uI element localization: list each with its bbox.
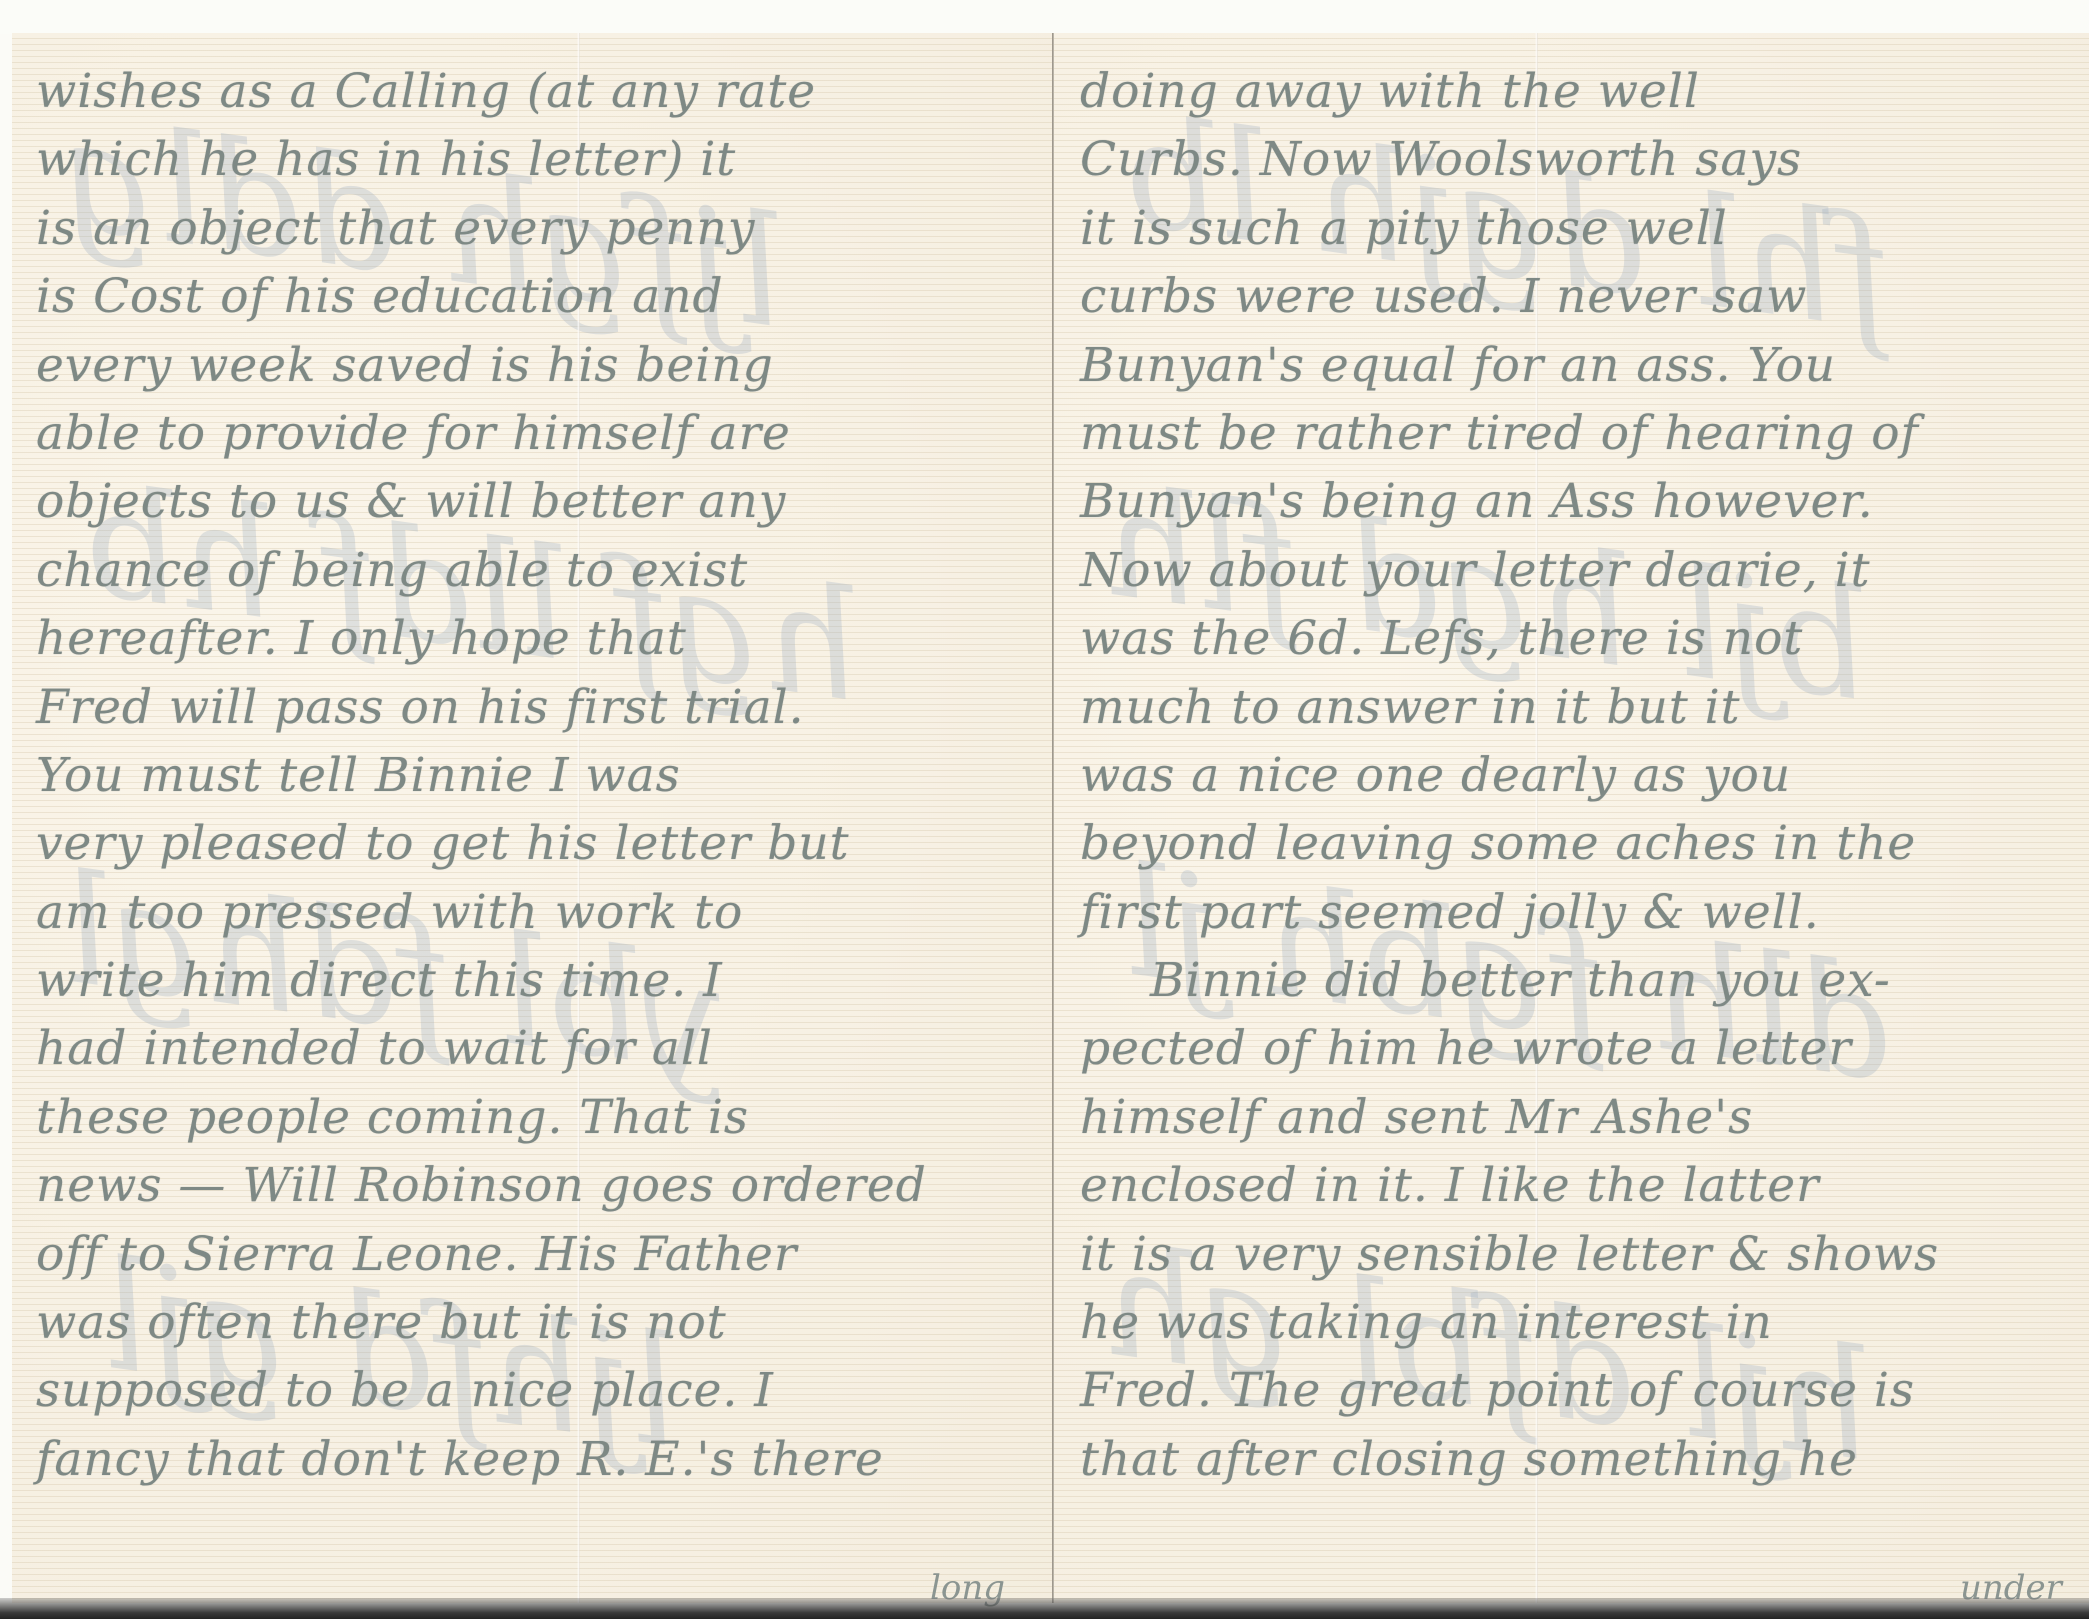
handwritten-line: beyond leaving some aches in the xyxy=(1080,810,2080,878)
handwritten-line: he was taking an interest in xyxy=(1080,1289,2080,1357)
handwritten-line: Curbs. Now Woolsworth says xyxy=(1080,126,2080,194)
handwritten-line: every week saved is his being xyxy=(36,332,1046,400)
handwritten-line: was often there but it is not xyxy=(36,1289,1046,1357)
handwritten-line: these people coming. That is xyxy=(36,1084,1046,1152)
handwritten-line: Bunyan's being an Ass however. xyxy=(1080,468,2080,536)
handwritten-line: had intended to wait for all xyxy=(36,1015,1046,1083)
handwritten-line: is Cost of his education and xyxy=(36,263,1046,331)
handwritten-line: supposed to be a nice place. I xyxy=(36,1357,1046,1425)
handwritten-line: am too pressed with work to xyxy=(36,879,1046,947)
handwritten-line: was the 6d. Lefs, there is not xyxy=(1080,605,2080,673)
handwritten-line: hereafter. I only hope that xyxy=(36,605,1046,673)
handwritten-line: curbs were used. I never saw xyxy=(1080,263,2080,331)
handwritten-line: You must tell Binnie I was xyxy=(36,742,1046,810)
right-page-text: doing away with the well Curbs. Now Wool… xyxy=(1080,58,2080,1494)
handwritten-line: is an object that every penny xyxy=(36,195,1046,263)
handwritten-line: fancy that don't keep R. E.'s there xyxy=(36,1426,1046,1494)
page-seam xyxy=(1052,33,1054,1603)
handwritten-line: pected of him he wrote a letter xyxy=(1080,1015,2080,1083)
handwritten-line: write him direct this time. I xyxy=(36,947,1046,1015)
handwritten-line: Bunyan's equal for an ass. You xyxy=(1080,332,2080,400)
handwritten-line: doing away with the well xyxy=(1080,58,2080,126)
handwritten-line: Fred will pass on his first trial. xyxy=(36,674,1046,742)
handwritten-line: Fred. The great point of course is xyxy=(1080,1357,2080,1425)
handwritten-line: was a nice one dearly as you xyxy=(1080,742,2080,810)
handwritten-line: chance of being able to exist xyxy=(36,537,1046,605)
handwritten-line: which he has in his letter) it xyxy=(36,126,1046,194)
handwritten-line: off to Sierra Leone. His Father xyxy=(36,1221,1046,1289)
handwritten-line: news — Will Robinson goes ordered xyxy=(36,1152,1046,1220)
handwritten-line: objects to us & will better any xyxy=(36,468,1046,536)
handwritten-line: that after closing something he xyxy=(1080,1426,2080,1494)
handwritten-line: very pleased to get his letter but xyxy=(36,810,1046,878)
left-page-text: wishes as a Calling (at any rate which h… xyxy=(36,58,1046,1494)
handwritten-line: enclosed in it. I like the latter xyxy=(1080,1152,2080,1220)
handwritten-line: himself and sent Mr Ashe's xyxy=(1080,1084,2080,1152)
handwritten-line: wishes as a Calling (at any rate xyxy=(36,58,1046,126)
handwritten-line: must be rather tired of hearing of xyxy=(1080,400,2080,468)
handwritten-line: Binnie did better than you ex- xyxy=(1080,947,2080,1015)
scan-margin-top xyxy=(0,0,2089,34)
handwritten-line: it is such a pity those well xyxy=(1080,195,2080,263)
handwritten-line: much to answer in it but it xyxy=(1080,674,2080,742)
handwritten-line: it is a very sensible letter & shows xyxy=(1080,1221,2080,1289)
handwritten-line: able to provide for himself are xyxy=(36,400,1046,468)
handwritten-line: Now about your letter dearie, it xyxy=(1080,537,2080,605)
handwritten-line: first part seemed jolly & well. xyxy=(1080,879,2080,947)
scan-shadow-bottom xyxy=(0,1598,2089,1619)
